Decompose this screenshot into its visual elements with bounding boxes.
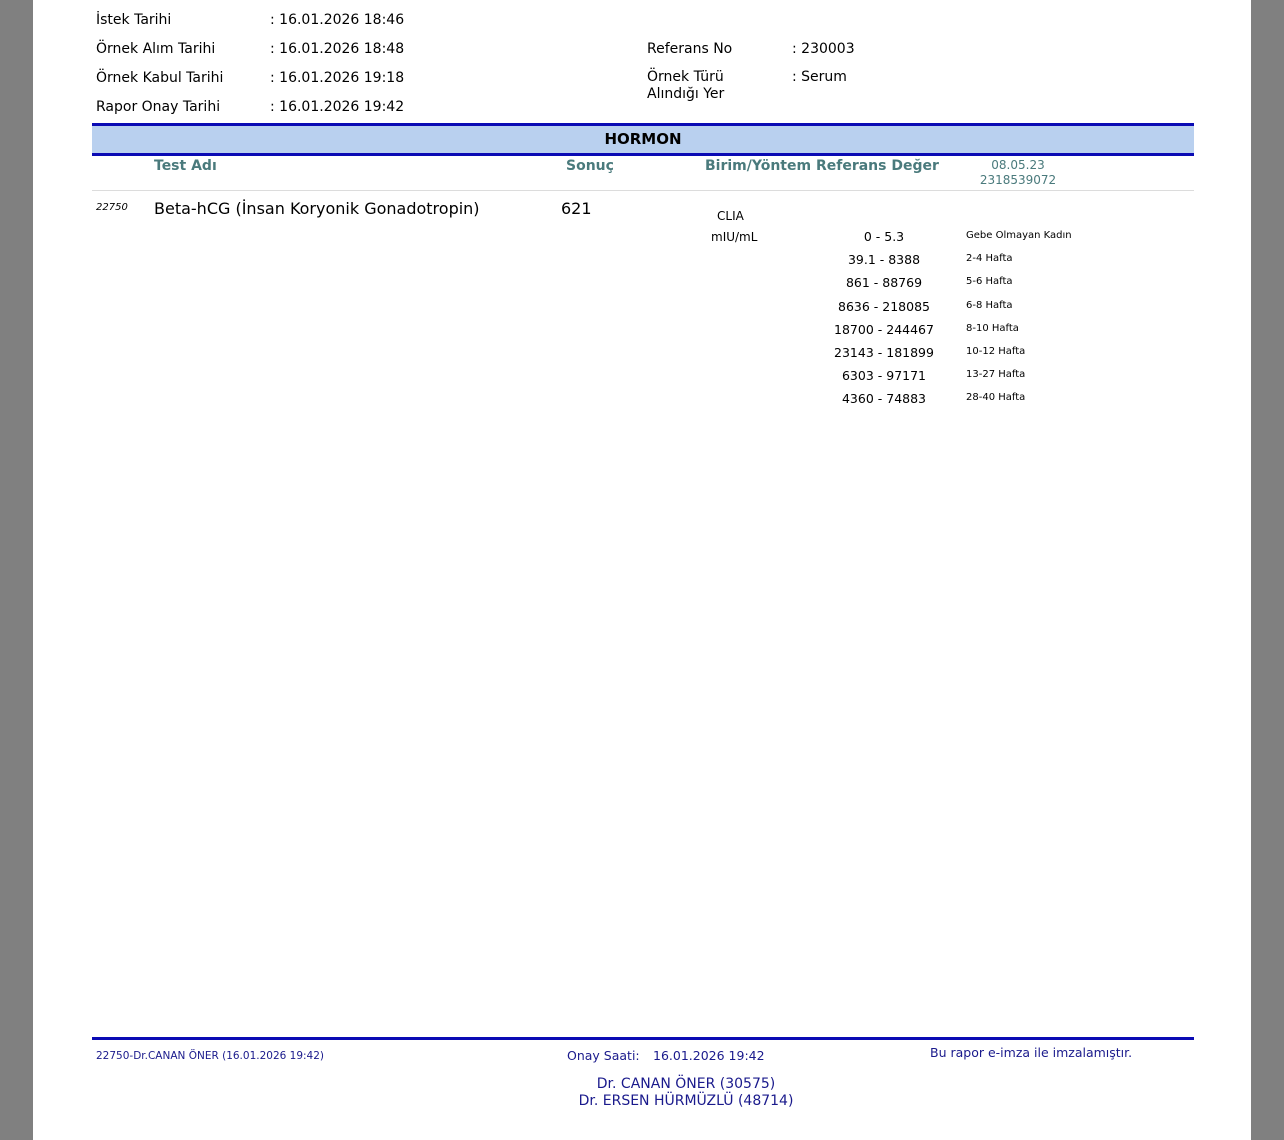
e-signature-note: Bu rapor e-imza ile imzalamıştır. [930,1045,1132,1060]
test-code: 22750 [96,202,128,213]
reference-range-value: 18700 - 244467 [809,322,959,337]
report-approval-date-label: Rapor Onay Tarihi [96,99,220,115]
column-meta-date: 08.05.23 [968,158,1068,172]
reference-range-note: 13-27 Hafta [966,369,1025,380]
sample-type-label: Örnek Türü [647,69,724,85]
reference-range-value: 8636 - 218085 [809,299,959,314]
reference-no-value: : 230003 [792,41,855,57]
collection-location-label: Alındığı Yer [647,86,724,102]
request-date-label: İstek Tarihi [96,12,171,28]
request-date-value: : 16.01.2026 18:46 [270,12,404,28]
footer-divider [92,1037,1194,1040]
reference-range-note: 10-12 Hafta [966,346,1025,357]
reference-range-note: 28-40 Hafta [966,392,1025,403]
reference-range-note: 8-10 Hafta [966,323,1019,334]
approval-time-value: 16.01.2026 19:42 [653,1048,765,1063]
reference-range-value: 39.1 - 8388 [809,252,959,267]
sample-type-value: : Serum [792,69,847,85]
sample-collection-date-label: Örnek Alım Tarihi [96,41,215,57]
reference-range-value: 0 - 5.3 [809,229,959,244]
column-header-result: Sonuç [566,158,614,174]
reference-range-note: 2-4 Hafta [966,253,1013,264]
reference-range-value: 861 - 88769 [809,275,959,290]
reference-range-value: 4360 - 74883 [809,391,959,406]
test-method: CLIA [717,209,744,223]
doctor-name: Dr. CANAN ÖNER (30575) [513,1076,859,1093]
approval-time-label: Onay Saati: [567,1048,640,1063]
reference-range-value: 6303 - 97171 [809,368,959,383]
sample-collection-date-value: : 16.01.2026 18:48 [270,41,404,57]
test-name: Beta-hCG (İnsan Koryonik Gonadotropin) [154,199,480,218]
report-page: İstek Tarihi : 16.01.2026 18:46 Örnek Al… [33,0,1251,1140]
approver-line: 22750-Dr.CANAN ÖNER (16.01.2026 19:42) [96,1050,324,1062]
column-header-unit-method-reference: Birim/Yöntem Referans Değer [705,158,939,174]
column-header-test-name: Test Adı [154,158,217,174]
report-approval-date-value: : 16.01.2026 19:42 [270,99,404,115]
section-header-band: HORMON [92,123,1194,156]
test-unit: mIU/mL [711,230,757,244]
sample-acceptance-date-value: : 16.01.2026 19:18 [270,70,404,86]
signing-doctors: Dr. CANAN ÖNER (30575) Dr. ERSEN HÜRMÜZL… [513,1076,859,1110]
reference-range-note: 5-6 Hafta [966,276,1013,287]
reference-range-note: Gebe Olmayan Kadın [966,230,1072,241]
doctor-name: Dr. ERSEN HÜRMÜZLÜ (48714) [513,1093,859,1110]
test-result: 621 [561,199,592,218]
sample-acceptance-date-label: Örnek Kabul Tarihi [96,70,223,86]
reference-no-label: Referans No [647,41,732,57]
reference-range-value: 23143 - 181899 [809,345,959,360]
column-meta-id: 2318539072 [968,173,1068,187]
section-title: HORMON [92,130,1194,148]
reference-range-note: 6-8 Hafta [966,300,1013,311]
column-header-divider [92,190,1194,191]
